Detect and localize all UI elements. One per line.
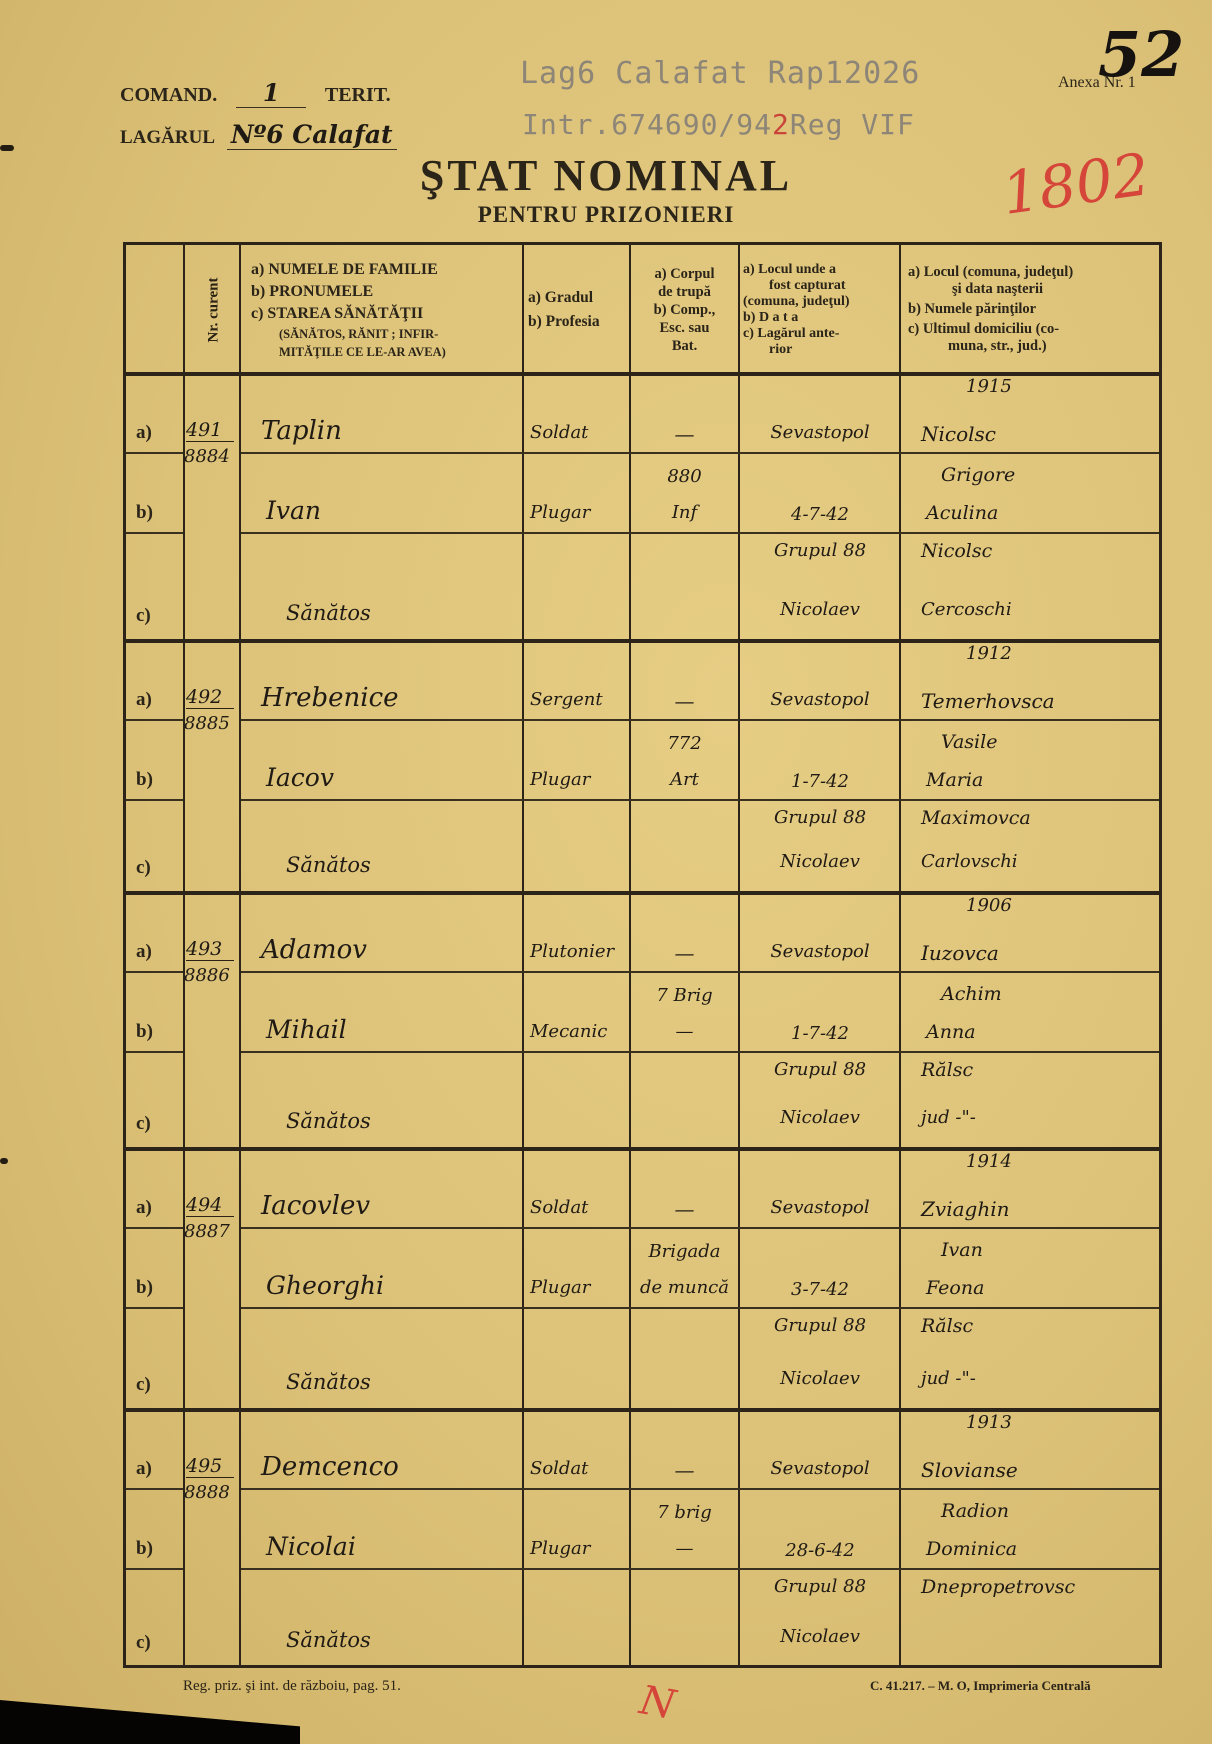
previous-camp: Grupul 88 [740, 807, 900, 828]
family-name: Iacovlev [261, 1191, 370, 1221]
first-name: Nicolai [266, 1532, 356, 1561]
mother-name: Maria [926, 769, 983, 791]
nr-curent-value: 491 [186, 419, 234, 442]
rank: Plutonier [530, 941, 614, 962]
row-letter-a: a) [136, 941, 152, 963]
header-nr-curent: Nr. curent [186, 245, 241, 374]
corps: — [631, 689, 738, 713]
header-text: şi data naşterii [908, 281, 1158, 298]
unit-line2: Art [631, 769, 738, 790]
birth-place: Nicolsc [921, 422, 996, 446]
stamp-red-digit: 2 [772, 108, 790, 141]
unit-line1: 772 [631, 733, 738, 754]
row-rule [241, 719, 1159, 721]
unit-line2: de muncă [631, 1277, 738, 1298]
row-letter-c: c) [136, 605, 151, 627]
row-letter-c: c) [136, 1113, 151, 1135]
table-record: a) b) c) 492 8885 Hrebenice Iacov Sănăto… [126, 641, 1159, 893]
nr-sub-value: 8884 [184, 446, 230, 467]
comand-field: COMAND. 1 TERIT. [120, 78, 391, 108]
row-letter-a: a) [136, 422, 152, 444]
header-text: c) Ultimul domiciliu (co- [908, 321, 1158, 338]
table-record: a) b) c) 495 8888 Demcenco Nicolai Sănăt… [126, 1410, 1159, 1668]
header-text: b) Comp., [654, 301, 716, 319]
header-text: a) Locul (comuna, judeţul) [908, 264, 1158, 281]
domicile: Dnepropetrovsc [921, 1576, 1075, 1598]
footer-printer-info: C. 41.217. – M. O, Imprimeria Centrală [870, 1678, 1091, 1694]
handwritten-page-number: 52 [1098, 18, 1184, 91]
capture-place: Sevastopol [740, 1458, 900, 1479]
header-text: c) Lagărul ante- [743, 326, 899, 342]
row-rule [126, 1307, 183, 1309]
row-letter-c: c) [136, 1632, 151, 1654]
header-capture-column: a) Locul unde a fost capturat (comuna, j… [743, 245, 899, 374]
mother-name: Aculina [926, 502, 998, 524]
row-rule [241, 1568, 1159, 1570]
nr-curent-label: Nr. curent [205, 277, 222, 342]
header-text: fost capturat [743, 278, 899, 294]
previous-camp: Grupul 88 [740, 1315, 900, 1336]
header-text: a) Corpul [654, 265, 714, 283]
previous-camp-city: Nicolaev [740, 1626, 900, 1647]
domicile: Maximovca [921, 807, 1031, 829]
first-name: Mihail [266, 1015, 347, 1044]
table-record: a) b) c) 494 8887 Iacovlev Gheorghi Sănă… [126, 1149, 1159, 1410]
header-text: Esc. sau [660, 319, 710, 337]
comand-label: COMAND. [120, 84, 217, 106]
registry-stamp-line1: Lag6 Calafat Rap12026 [520, 56, 920, 91]
prisoner-table: Nr. curent a) NUMELE DE FAMILIE b) PRONU… [123, 242, 1162, 1668]
birth-year: 1906 [966, 895, 1012, 916]
capture-place: Sevastopol [740, 422, 900, 443]
previous-camp-city: Nicolaev [740, 1107, 900, 1128]
nr-curent-value: 495 [186, 1455, 234, 1478]
header-text: a) NUMELE DE FAMILIE [251, 259, 521, 281]
capture-place: Sevastopol [740, 941, 900, 962]
unit-line2: Inf [631, 502, 738, 523]
birth-year: 1912 [966, 643, 1012, 664]
unit-line2: — [631, 1538, 738, 1559]
header-name-column: a) NUMELE DE FAMILIE b) PRONUMELE c) STA… [251, 245, 521, 374]
first-name: Iacov [266, 763, 334, 792]
table-record: a) b) c) 491 8884 Taplin Ivan Sănătos So… [126, 374, 1159, 641]
health-status: Sănătos [286, 601, 371, 625]
row-rule [126, 1051, 183, 1053]
domicile-district: Cercoschi [921, 599, 1012, 620]
domicile: Rălsc [921, 1059, 973, 1081]
row-rule [241, 532, 1159, 534]
nr-sub-value: 8886 [184, 965, 230, 986]
birth-place: Iuzovca [921, 941, 999, 965]
previous-camp-city: Nicolaev [740, 599, 900, 620]
row-rule [126, 971, 183, 973]
birth-year: 1913 [966, 1412, 1012, 1433]
nr-sub-value: 8887 [184, 1221, 230, 1242]
rank: Sergent [530, 689, 603, 710]
father-name: Radion [941, 1500, 1009, 1522]
birth-place: Temerhovsca [921, 689, 1055, 713]
rank: Soldat [530, 1197, 588, 1218]
header-origin-column: a) Locul (comuna, judeţul) şi data naşte… [908, 245, 1158, 374]
capture-date: 1-7-42 [740, 771, 900, 792]
row-letter-b: b) [136, 769, 153, 791]
health-status: Sănătos [286, 1628, 371, 1652]
family-name: Demcenco [261, 1452, 399, 1482]
birth-place: Slovianse [921, 1458, 1018, 1482]
row-letter-c: c) [136, 1374, 151, 1396]
header-text: Bat. [672, 337, 697, 355]
birth-place: Zviaghin [921, 1197, 1009, 1221]
row-rule [126, 532, 183, 534]
header-text: b) D a t a [743, 310, 899, 326]
unit-line2: — [631, 1021, 738, 1042]
red-check-mark: N [636, 1677, 678, 1728]
footer-register-reference: Reg. priz. şi int. de războiu, pag. 51. [183, 1678, 401, 1695]
row-rule [126, 719, 183, 721]
corps: — [631, 1458, 738, 1482]
header-text: b) Numele părinţilor [908, 301, 1158, 318]
family-name: Hrebenice [261, 683, 399, 713]
row-rule [126, 1488, 183, 1490]
capture-place: Sevastopol [740, 1197, 900, 1218]
father-name: Grigore [941, 464, 1015, 486]
header-text: a) Locul unde a [743, 262, 899, 278]
mother-name: Dominica [926, 1538, 1017, 1560]
capture-place: Sevastopol [740, 689, 900, 710]
header-grad-column: a) Gradul b) Profesia [528, 245, 628, 374]
header-text: de trupă [658, 283, 711, 301]
comand-value: 1 [236, 78, 306, 108]
row-rule [241, 1307, 1159, 1309]
lagarul-label: LAGĂRUL [120, 127, 214, 148]
previous-camp: Grupul 88 [740, 1576, 900, 1597]
profession: Mecanic [530, 1021, 607, 1042]
row-rule [241, 1227, 1159, 1229]
corps: — [631, 941, 738, 965]
row-letter-a: a) [136, 1458, 152, 1480]
health-status: Sănătos [286, 853, 371, 877]
row-letter-b: b) [136, 1021, 153, 1043]
lagarul-value: Nº6 Calafat [227, 120, 397, 150]
birth-year: 1914 [966, 1151, 1012, 1172]
row-rule [126, 452, 183, 454]
row-letter-a: a) [136, 689, 152, 711]
row-rule [241, 1051, 1159, 1053]
header-text: c) STAREA SĂNĂTĂŢII [251, 303, 521, 325]
lagarul-field: LAGĂRUL Nº6 Calafat [120, 120, 397, 150]
unit-line1: Brigada [631, 1241, 738, 1262]
health-status: Sănătos [286, 1109, 371, 1133]
terit-label: TERIT. [325, 84, 391, 106]
header-text: (comuna, judeţul) [743, 294, 899, 310]
previous-camp-city: Nicolaev [740, 851, 900, 872]
row-rule [126, 799, 183, 801]
domicile: Nicolsc [921, 540, 992, 562]
profession: Plugar [530, 769, 590, 790]
row-rule [126, 1568, 183, 1570]
header-text: a) Gradul [528, 286, 628, 310]
nr-curent-value: 494 [186, 1194, 234, 1217]
row-letter-c: c) [136, 857, 151, 879]
registry-stamp-line2: Intr.674690/942Reg VIF [522, 108, 915, 141]
family-name: Adamov [261, 935, 367, 965]
scan-shadow [0, 1700, 300, 1744]
nr-curent-value: 492 [186, 686, 234, 709]
row-rule [126, 1227, 183, 1229]
row-rule [241, 971, 1159, 973]
profession: Plugar [530, 502, 590, 523]
father-name: Ivan [941, 1239, 983, 1261]
document-title: ŞTAT NOMINAL [0, 150, 1212, 201]
document-subtitle: PENTRU PRIZONIERI [0, 202, 1212, 228]
first-name: Ivan [266, 496, 321, 525]
header-text: muna, str., jud.) [908, 338, 1158, 355]
birth-year: 1915 [966, 376, 1012, 397]
capture-date: 3-7-42 [740, 1279, 900, 1300]
stamp-reg: Reg VIF [790, 108, 915, 141]
previous-camp: Grupul 88 [740, 540, 900, 561]
nr-curent-value: 493 [186, 938, 234, 961]
profession: Plugar [530, 1538, 590, 1559]
capture-date: 1-7-42 [740, 1023, 900, 1044]
row-letter-b: b) [136, 1538, 153, 1560]
row-letter-b: b) [136, 502, 153, 524]
header-text: rior [743, 342, 899, 358]
nr-sub-value: 8888 [184, 1482, 230, 1503]
father-name: Achim [941, 983, 1002, 1005]
unit-line1: 880 [631, 466, 738, 487]
rank: Soldat [530, 1458, 588, 1479]
nr-sub-value: 8885 [184, 713, 230, 734]
header-text: MITĂŢILE CE LE-AR AVEA) [251, 343, 521, 361]
corps: — [631, 422, 738, 446]
header-text: b) PRONUMELE [251, 281, 521, 303]
punch-hole [0, 1158, 8, 1164]
unit-line1: 7 brig [631, 1502, 738, 1523]
health-status: Sănătos [286, 1370, 371, 1394]
domicile-district: jud -"- [921, 1368, 976, 1389]
row-rule [241, 1488, 1159, 1490]
family-name: Taplin [261, 416, 342, 446]
row-letter-b: b) [136, 1277, 153, 1299]
mother-name: Feona [926, 1277, 984, 1299]
row-rule [241, 452, 1159, 454]
capture-date: 28-6-42 [740, 1540, 900, 1561]
first-name: Gheorghi [266, 1271, 384, 1300]
corps: — [631, 1197, 738, 1221]
previous-camp-city: Nicolaev [740, 1368, 900, 1389]
father-name: Vasile [941, 731, 997, 753]
header-text: (SĂNĂTOS, RĂNIT ; INFIR- [251, 325, 521, 343]
header-corp-column: a) Corpul de trupă b) Comp., Esc. sau Ba… [631, 245, 738, 374]
stamp-number: Intr.674690/94 [522, 108, 772, 141]
capture-date: 4-7-42 [740, 504, 900, 525]
table-record: a) b) c) 493 8886 Adamov Mihail Sănătos … [126, 893, 1159, 1149]
domicile-district: jud -"- [921, 1107, 976, 1128]
header-text: b) Profesia [528, 310, 628, 334]
row-letter-a: a) [136, 1197, 152, 1219]
mother-name: Anna [926, 1021, 976, 1043]
domicile: Rălsc [921, 1315, 973, 1337]
profession: Plugar [530, 1277, 590, 1298]
domicile-district: Carlovschi [921, 851, 1018, 872]
rank: Soldat [530, 422, 588, 443]
unit-line1: 7 Brig [631, 985, 738, 1006]
row-rule [241, 799, 1159, 801]
previous-camp: Grupul 88 [740, 1059, 900, 1080]
